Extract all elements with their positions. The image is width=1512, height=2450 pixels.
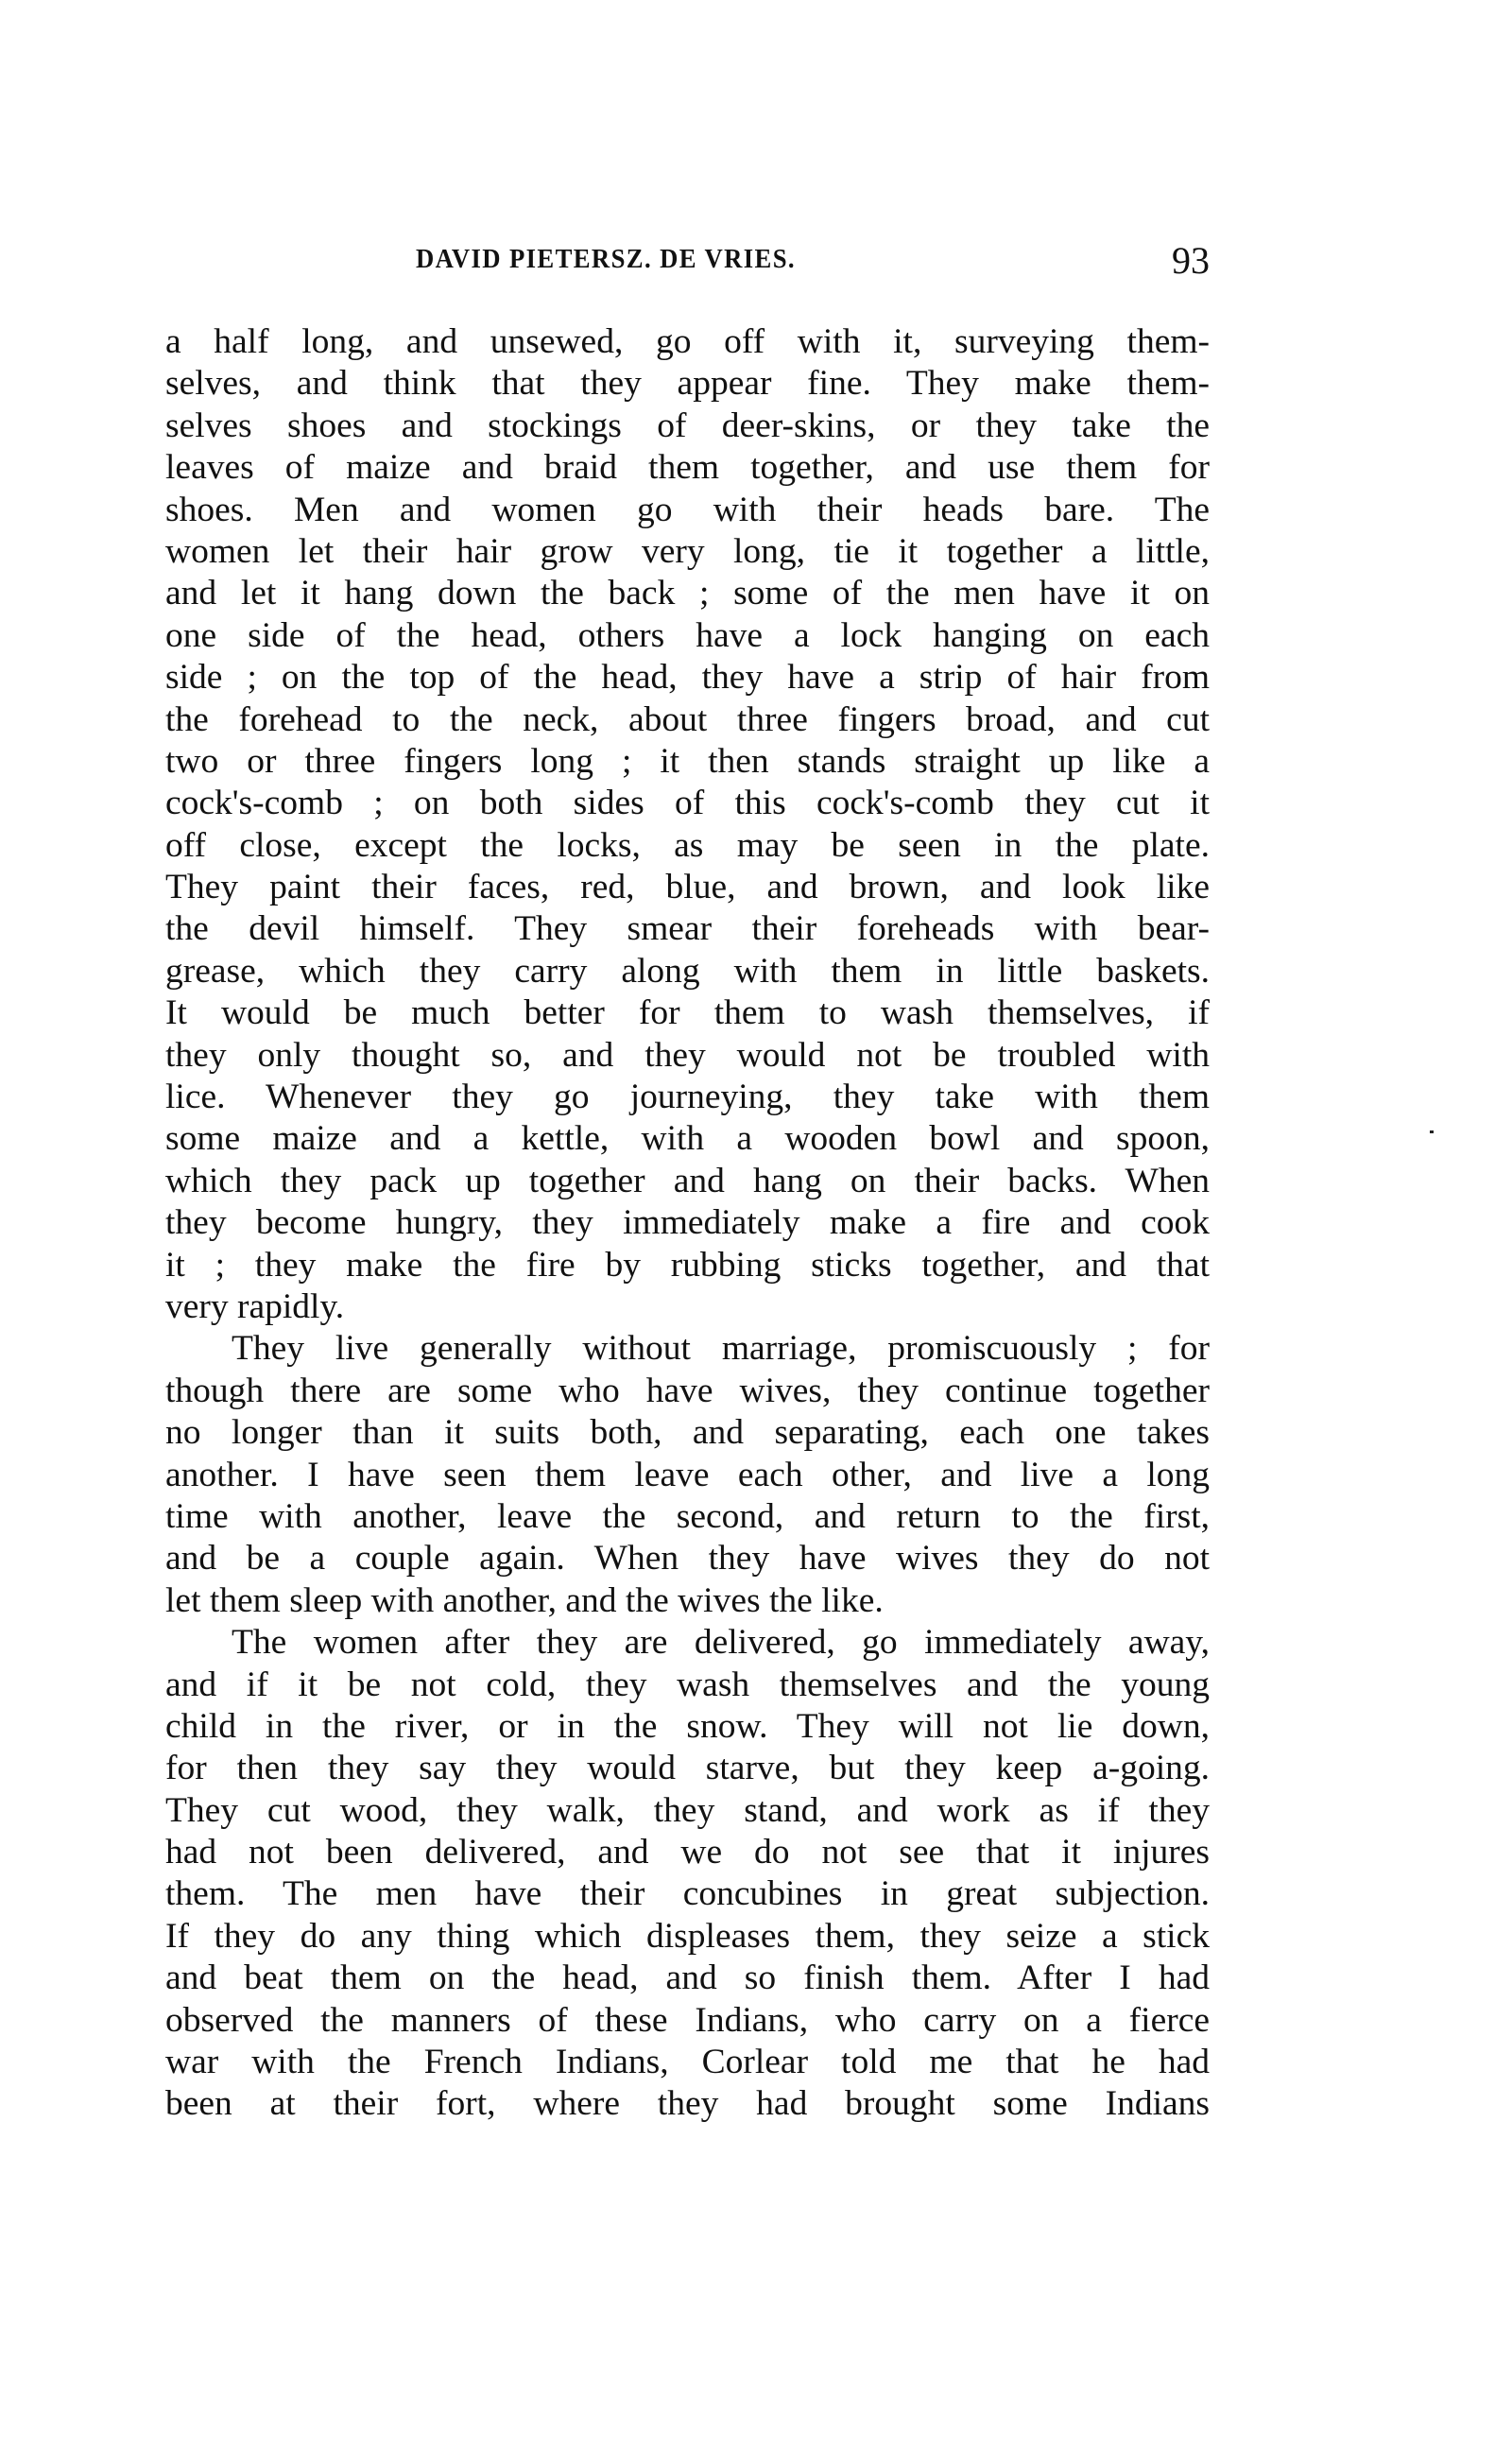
text-line: which they pack up together and hang on … <box>165 1161 1210 1202</box>
text-line: They paint their faces, red, blue, and b… <box>165 867 1210 908</box>
text-line: side ; on the top of the head, they have… <box>165 657 1210 699</box>
text-line: a half long, and unsewed, go off with it… <box>165 321 1210 363</box>
text-line: let them sleep with another, and the wiv… <box>165 1580 1210 1622</box>
stray-mark <box>1430 1130 1434 1133</box>
text-line: the forehead to the neck, about three fi… <box>165 699 1210 741</box>
text-line: If they do any thing which displeases th… <box>165 1916 1210 1958</box>
text-line: them. The men have their concubines in g… <box>165 1873 1210 1915</box>
text-line: it ; they make the fire by rubbing stick… <box>165 1245 1210 1286</box>
text-line: child in the river, or in the snow. They… <box>165 1706 1210 1748</box>
text-line: one side of the head, others have a lock… <box>165 615 1210 657</box>
text-line: been at their fort, where they had broug… <box>165 2083 1210 2125</box>
text-line: and be a couple again. When they have wi… <box>165 1538 1210 1579</box>
text-line: very rapidly. <box>165 1286 1210 1328</box>
text-line: had not been delivered, and we do not se… <box>165 1832 1210 1873</box>
text-line: women let their hair grow very long, tie… <box>165 531 1210 573</box>
text-line: no longer than it suits both, and separa… <box>165 1412 1210 1454</box>
page-number: 93 <box>1172 238 1210 283</box>
running-title: DAVID PIETERSZ. DE VRIES. <box>416 244 796 275</box>
text-line: It would be much better for them to wash… <box>165 992 1210 1034</box>
text-line: and let it hang down the back ; some of … <box>165 573 1210 614</box>
text-line: for then they say they would starve, but… <box>165 1748 1210 1789</box>
text-line: time with another, leave the second, and… <box>165 1496 1210 1538</box>
text-line: selves, and think that they appear fine.… <box>165 363 1210 405</box>
text-line: They live generally without marriage, pr… <box>165 1328 1210 1370</box>
text-line: leaves of maize and braid them together,… <box>165 447 1210 489</box>
text-line: the devil himself. They smear their fore… <box>165 908 1210 950</box>
text-line: They cut wood, they walk, they stand, an… <box>165 1790 1210 1832</box>
text-line: observed the manners of these Indians, w… <box>165 2000 1210 2042</box>
text-line: The women after they are delivered, go i… <box>165 1622 1210 1664</box>
text-line: cock's-comb ; on both sides of this cock… <box>165 783 1210 824</box>
text-line: though there are some who have wives, th… <box>165 1371 1210 1412</box>
text-line: they become hungry, they immediately mak… <box>165 1202 1210 1244</box>
text-line: off close, except the locks, as may be s… <box>165 825 1210 867</box>
text-line: they only thought so, and they would not… <box>165 1035 1210 1077</box>
text-line: war with the French Indians, Corlear tol… <box>165 2042 1210 2083</box>
text-line: and if it be not cold, they wash themsel… <box>165 1665 1210 1706</box>
text-line: another. I have seen them leave each oth… <box>165 1455 1210 1496</box>
text-line: grease, which they carry along with them… <box>165 951 1210 992</box>
text-line: shoes. Men and women go with their heads… <box>165 490 1210 531</box>
text-line: and beat them on the head, and so finish… <box>165 1958 1210 1999</box>
text-line: two or three fingers long ; it then stan… <box>165 741 1210 783</box>
text-line: selves shoes and stockings of deer-skins… <box>165 405 1210 447</box>
text-line: lice. Whenever they go journeying, they … <box>165 1077 1210 1118</box>
page-header: DAVID PIETERSZ. DE VRIES. 93 <box>165 238 1210 285</box>
page-body: a half long, and unsewed, go off with it… <box>165 321 1210 2126</box>
text-line: some maize and a kettle, with a wooden b… <box>165 1118 1210 1160</box>
